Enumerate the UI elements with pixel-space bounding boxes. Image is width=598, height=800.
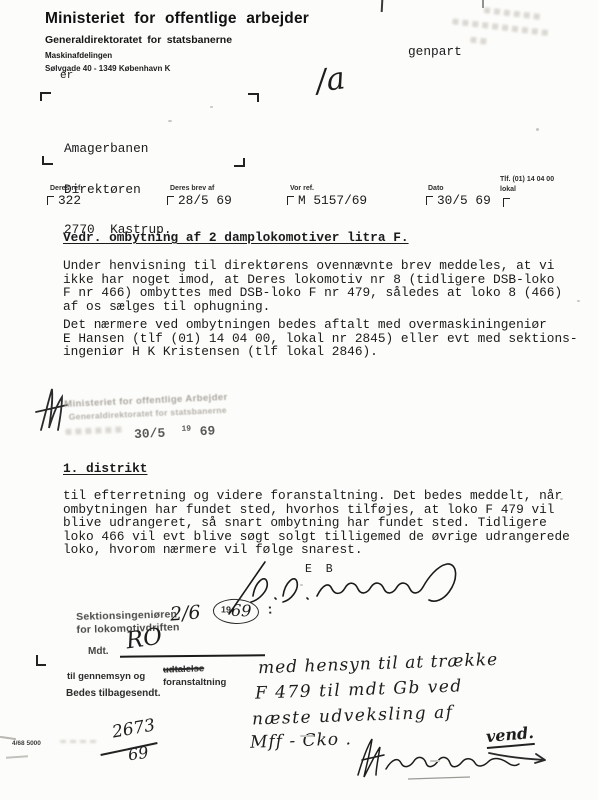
deres-brev-af-value: 28/5 69 — [167, 194, 232, 208]
deres-ref-label: Deres ref. — [50, 185, 82, 192]
directorate-name: Generaldirektoratet for statsbanerne — [45, 34, 309, 46]
field-corner-mark — [287, 196, 294, 205]
mdt-label: Mdt. — [88, 646, 109, 657]
faded-stamp-remnant — [450, 3, 564, 53]
body-paragraph-3: til efterretning og videre foranstaltnin… — [63, 489, 570, 557]
subject-line: Vedr. ombytning af 2 damplokomotiver lit… — [63, 231, 409, 245]
routing-word: foranstaltning — [163, 677, 226, 688]
mdt-fill-line — [120, 654, 265, 658]
arrow-right-icon — [487, 747, 553, 767]
journal-year: 69 — [127, 743, 150, 765]
address-window-corner-mark — [42, 156, 53, 165]
handwritten-date-century: 19 — [221, 604, 231, 614]
department-name: Maskinafdelingen — [45, 51, 309, 60]
journal-number: 2673 — [111, 715, 157, 742]
ministry-name: Ministeriet for offentlige arbejder — [45, 10, 309, 28]
page-corner-mark — [36, 655, 46, 666]
deres-ref-value: 322 — [47, 194, 81, 208]
copy-label: genpart — [408, 45, 462, 59]
dato-value: 30/5 69 — [426, 194, 491, 208]
field-corner-mark — [503, 198, 510, 207]
received-stamp-date-year: 69 — [199, 423, 215, 439]
handwritten-date-day: 2/6 — [169, 601, 201, 625]
recipient-line: Amagerbanen — [64, 142, 172, 156]
address-window-corner-mark — [40, 92, 51, 101]
address-window-corner-mark — [248, 93, 259, 102]
phone-sub-label: lokal — [500, 186, 516, 193]
dato-label: Dato — [428, 185, 444, 192]
handwritten-note-line: Mff - Cko . — [250, 729, 353, 753]
illegible-stamp-text — [65, 426, 123, 435]
deres-brev-af-label: Deres brev af — [170, 185, 214, 192]
street-address: Sølvgade 40 - 1349 København K — [45, 64, 309, 73]
return-note: Bedes tilbagesendt. — [66, 688, 160, 699]
received-stamp: Ministeriet for offentlige Arbejder Gene… — [64, 392, 229, 446]
field-corner-mark — [167, 196, 174, 205]
pen-circle-mark: 1969 — [213, 598, 260, 625]
handwritten-date: 2/6 1969 : — [169, 596, 273, 628]
handwritten-initials: RO — [124, 624, 163, 655]
scan-tick — [381, 0, 384, 12]
field-corner-mark — [47, 196, 54, 205]
vend-label: vend. — [485, 723, 535, 749]
body-paragraph-1: Under henvisning til direktørens ovennæv… — [63, 259, 562, 313]
scan-noise — [60, 740, 100, 743]
print-code: 4/68 5000 — [12, 740, 41, 747]
stray-typed-text: er — [60, 70, 73, 84]
scan-noise — [6, 755, 28, 759]
body-paragraph-2: Det nærmere ved ombytningen bedes aftalt… — [63, 318, 578, 359]
handwritten-date-year: 69 — [231, 601, 252, 621]
vor-ref-label: Vor ref. — [290, 185, 314, 192]
handwritten-note-line: med hensyn til at trække — [258, 650, 499, 678]
district-heading: 1. distrikt — [63, 462, 147, 476]
letterhead: Ministeriet for offentlige arbejder Gene… — [45, 10, 309, 73]
field-corner-mark — [426, 196, 433, 205]
vor-ref-value: M 5157/69 — [287, 194, 367, 208]
phone-label: Tlf. (01) 14 04 00 — [500, 176, 554, 183]
phone-field-mark — [503, 196, 514, 214]
scanned-letter-page: Ministeriet for offentlige arbejder Gene… — [0, 0, 598, 800]
received-stamp-date-day: 30/5 — [134, 426, 166, 442]
handwritten-note-line: F 479 til mdt Gb ved — [255, 676, 463, 703]
handwritten-note-line: næste udveksling af — [252, 702, 454, 729]
received-stamp-date-century: 19 — [181, 424, 191, 433]
crossed-out-word: udtalelse — [163, 663, 205, 675]
scan-noise — [0, 736, 16, 740]
handwritten-filing-mark: /a — [314, 60, 348, 100]
address-window-corner-mark — [234, 158, 245, 167]
routing-prefix: til gennemsyn og — [67, 671, 145, 682]
